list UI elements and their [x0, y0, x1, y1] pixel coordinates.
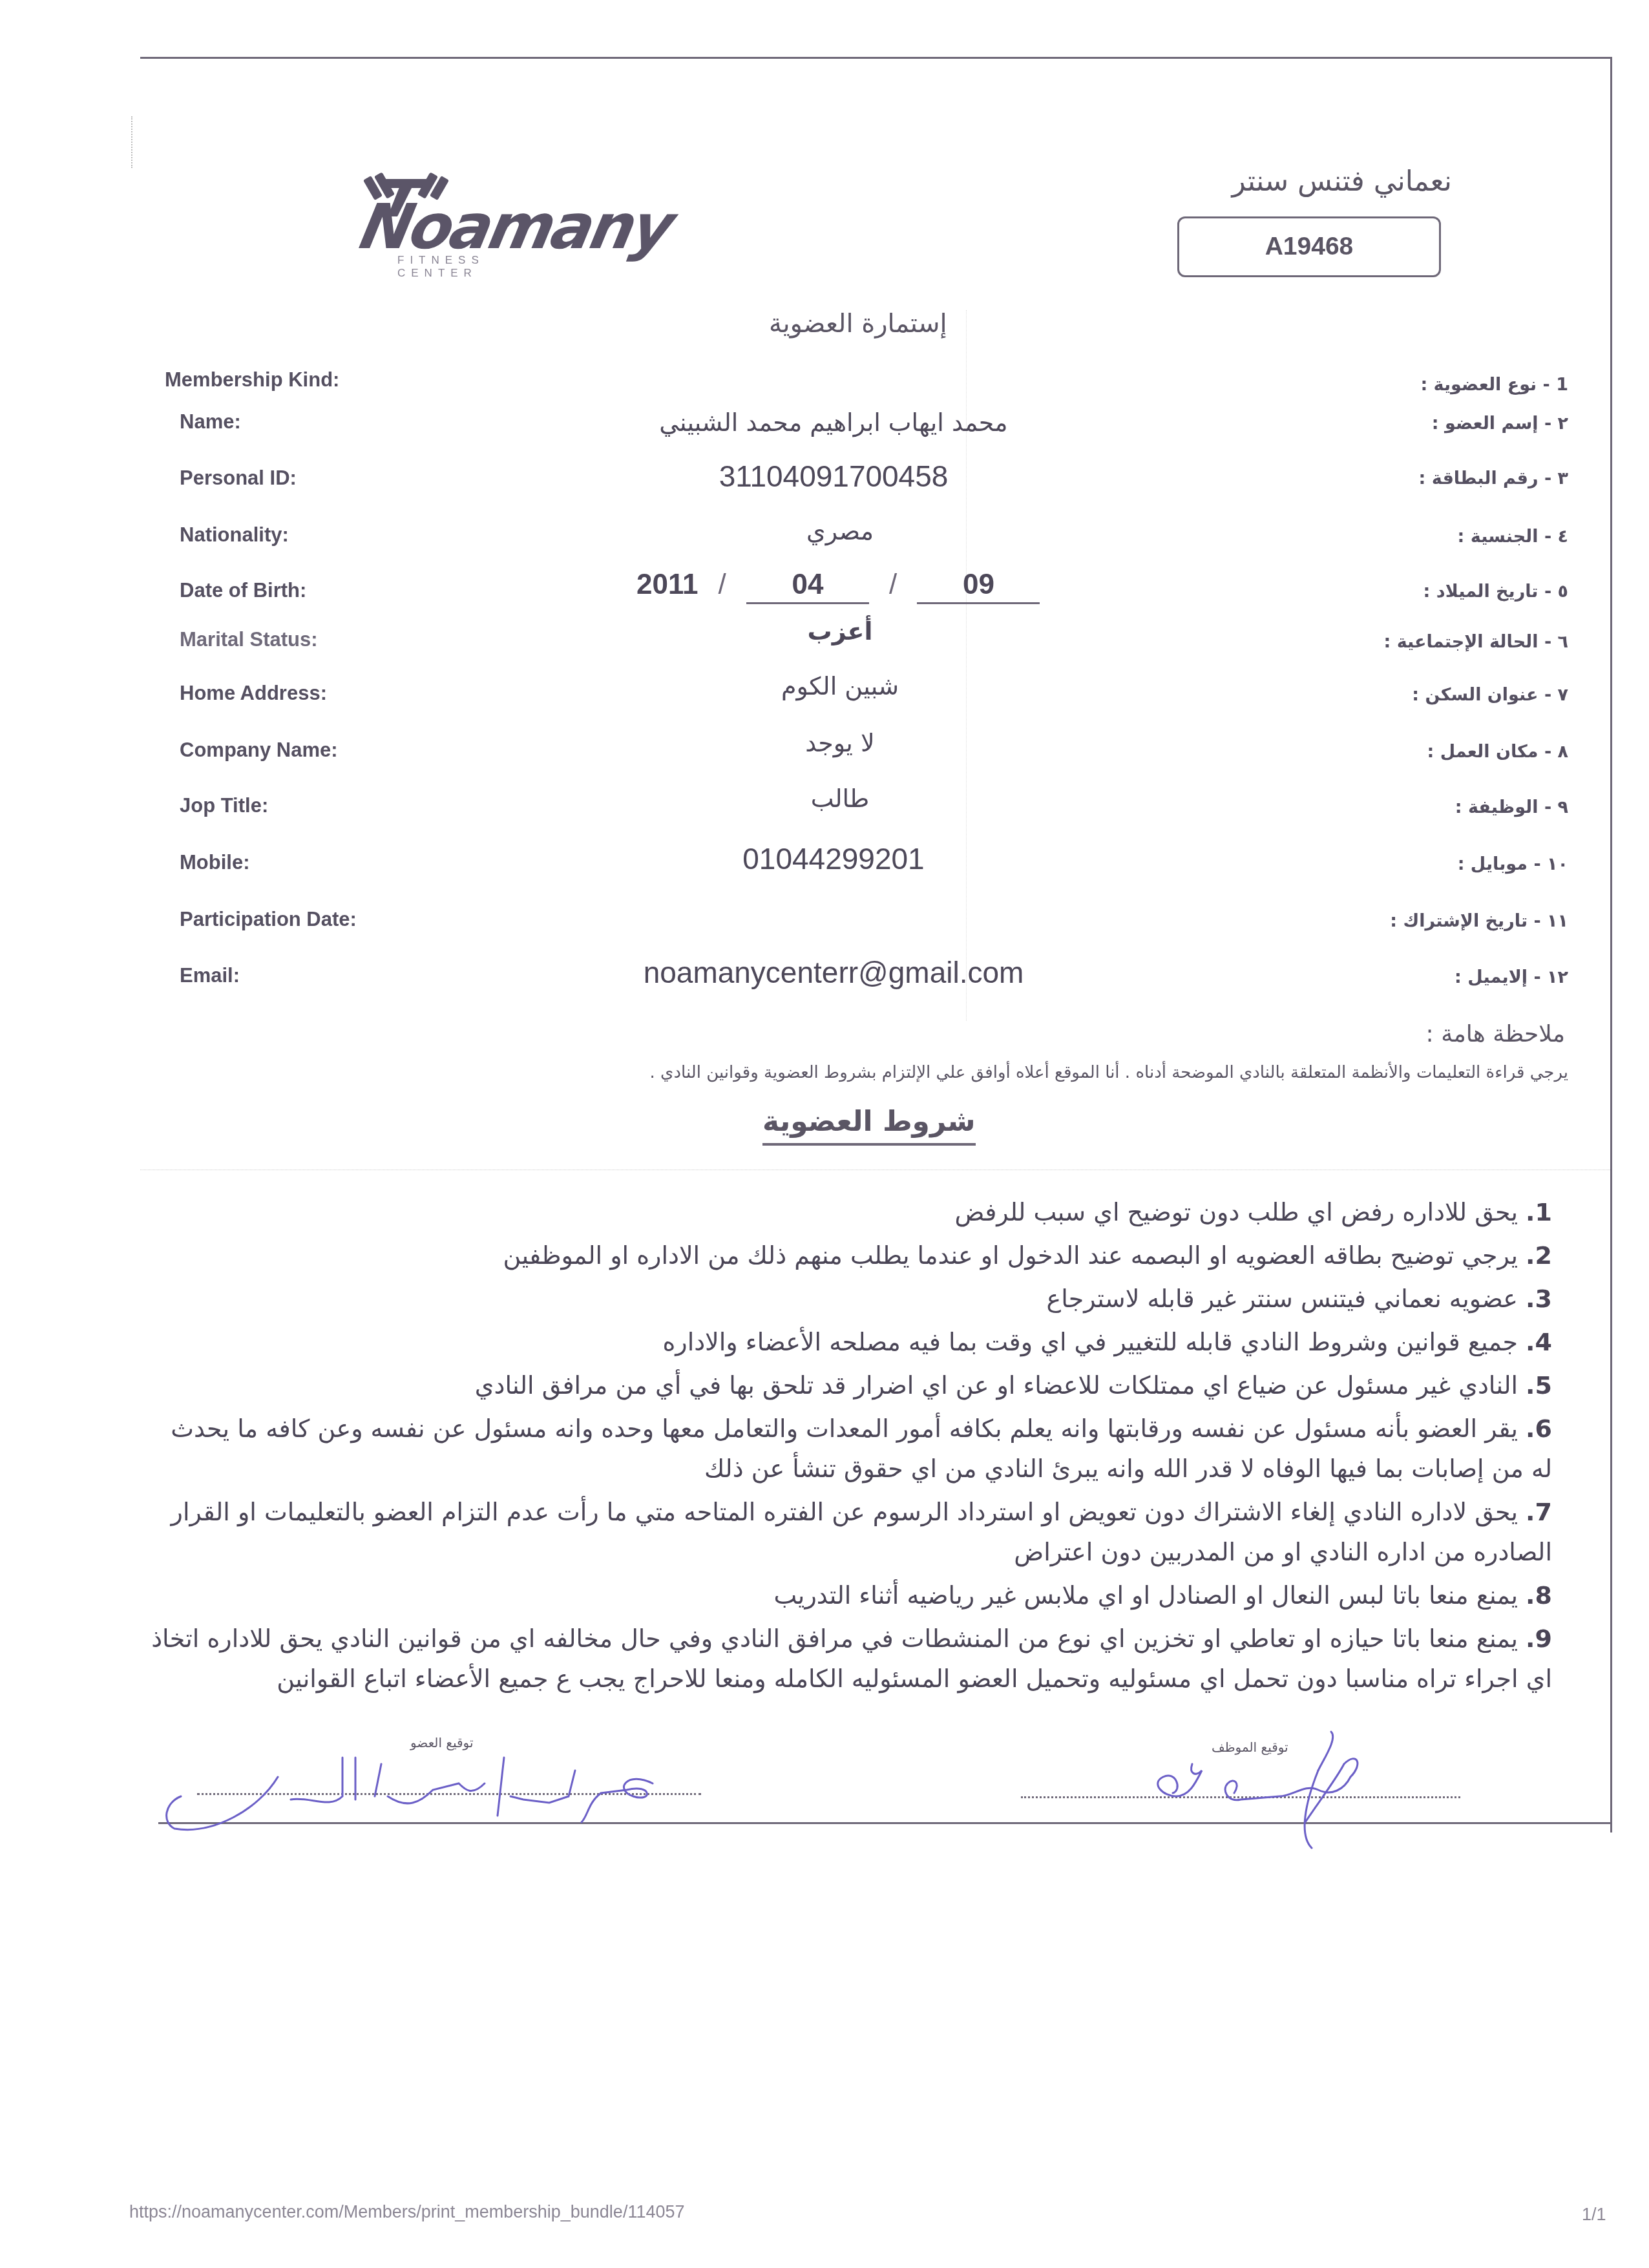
staff-signature: [1060, 1725, 1409, 1854]
label-personal-id: Personal ID:: [180, 467, 297, 490]
terms-title: شروط العضوية: [762, 1105, 976, 1146]
dob-separator: /: [877, 569, 909, 601]
label-home-address: Home Address:: [180, 682, 327, 705]
label-ar-home-address: ٧ - عنوان السكن :: [1412, 685, 1568, 705]
page-number: 1/1: [1582, 2205, 1606, 2225]
dob-separator: /: [706, 569, 739, 601]
label-ar-mobile: ١٠ - موبايل :: [1458, 854, 1568, 874]
value-job-title: طالب: [743, 784, 937, 813]
form-title: إستمارة العضوية: [769, 309, 947, 339]
value-email: noamanycenterr@gmail.com: [582, 955, 1086, 990]
label-marital-status: Marital Status:: [180, 628, 318, 651]
note-text: يرجي قراءة التعليمات والأنظمة المتعلقة ب…: [650, 1063, 1568, 1082]
scan-guide-line: [140, 1170, 1610, 1170]
dob-year: 2011: [636, 569, 698, 601]
value-personal-id: 31104091700458: [646, 459, 1021, 494]
footer-url: https://noamanycenter.com/Members/print_…: [129, 2202, 684, 2222]
label-job-title: Jop Title:: [180, 794, 268, 817]
label-ar-marital-status: ٦ - الحالة الإجتماعية :: [1383, 632, 1568, 652]
dob-day: 09: [917, 569, 1040, 604]
term-item: 8. يمنع منعا باتا لبس النعال او الصنادل …: [143, 1575, 1552, 1615]
label-ar-email: ١٢ - إلايميل :: [1455, 967, 1568, 987]
term-item: 9. يمنع منعا باتا حيازه او تعاطي او تخزي…: [143, 1619, 1552, 1699]
logo-subtitle: FITNESS CENTER: [397, 254, 569, 280]
value-mobile: 01044299201: [646, 841, 1021, 876]
label-ar-participation-date: ١١ - تاريخ الإشتراك :: [1390, 911, 1568, 931]
brand-name-arabic: نعماني فتنس سنتر: [1232, 165, 1452, 198]
label-participation-date: Participation Date:: [180, 908, 357, 931]
label-membership-kind: Membership Kind:: [165, 368, 339, 392]
value-date-of-birth: 2011 / 04 / 09: [636, 569, 1040, 604]
term-item: 3. عضويه نعماني فيتنس سنتر غير قابله لاس…: [143, 1279, 1552, 1319]
note-title: ملاحظة هامة :: [1426, 1021, 1565, 1047]
label-mobile: Mobile:: [180, 851, 250, 874]
label-nationality: Nationality:: [180, 523, 289, 547]
label-ar-membership-kind: 1 - نوع العضوية :: [1420, 375, 1568, 395]
value-nationality: مصري: [743, 517, 937, 545]
value-company-name: لا يوجد: [743, 729, 937, 757]
label-company-name: Company Name:: [180, 739, 338, 762]
label-ar-personal-id: ٣ - رقم البطاقة :: [1419, 468, 1568, 488]
logo-wordmark: Noamany: [354, 191, 679, 263]
label-date-of-birth: Date of Birth:: [180, 579, 306, 602]
term-item: 6. يقر العضو بأنه مسئول عن نفسه ورقابتها…: [143, 1409, 1552, 1489]
member-signature: [162, 1745, 678, 1842]
label-ar-job-title: ٩ - الوظيفة :: [1455, 797, 1568, 817]
label-ar-company-name: ٨ - مكان العمل :: [1427, 742, 1568, 762]
term-item: 7. يحق لاداره النادي إلغاء الاشتراك دون …: [143, 1492, 1552, 1572]
terms-list: 1. يحق للاداره رفض اي طلب دون توضيح اي س…: [143, 1192, 1552, 1702]
term-item: 2. يرجي توضيح بطاقه العضويه او البصمه عن…: [143, 1235, 1552, 1276]
label-ar-nationality: ٤ - الجنسية :: [1458, 527, 1568, 547]
value-home-address: شبين الكوم: [724, 672, 956, 700]
label-email: Email:: [180, 964, 240, 987]
label-name: Name:: [180, 410, 241, 434]
dob-month: 04: [746, 569, 869, 604]
value-marital-status: أعزب: [743, 617, 937, 646]
label-ar-date-of-birth: ٥ - تاريخ الميلاد :: [1423, 582, 1568, 602]
noamany-logo: Noamany FITNESS CENTER: [349, 165, 569, 275]
label-ar-name: ٢ - إسم العضو :: [1432, 414, 1568, 434]
term-item: 1. يحق للاداره رفض اي طلب دون توضيح اي س…: [143, 1192, 1552, 1232]
membership-number: A19468: [1177, 216, 1441, 277]
frame-mark: [131, 116, 134, 168]
term-item: 5. النادي غير مسئول عن ضياع اي ممتلكات ل…: [143, 1365, 1552, 1405]
value-name: محمد ايهاب ابراهيم محمد الشبيني: [633, 408, 1034, 437]
term-item: 4. جميع قوانين وشروط النادي قابله للتغيي…: [143, 1322, 1552, 1362]
